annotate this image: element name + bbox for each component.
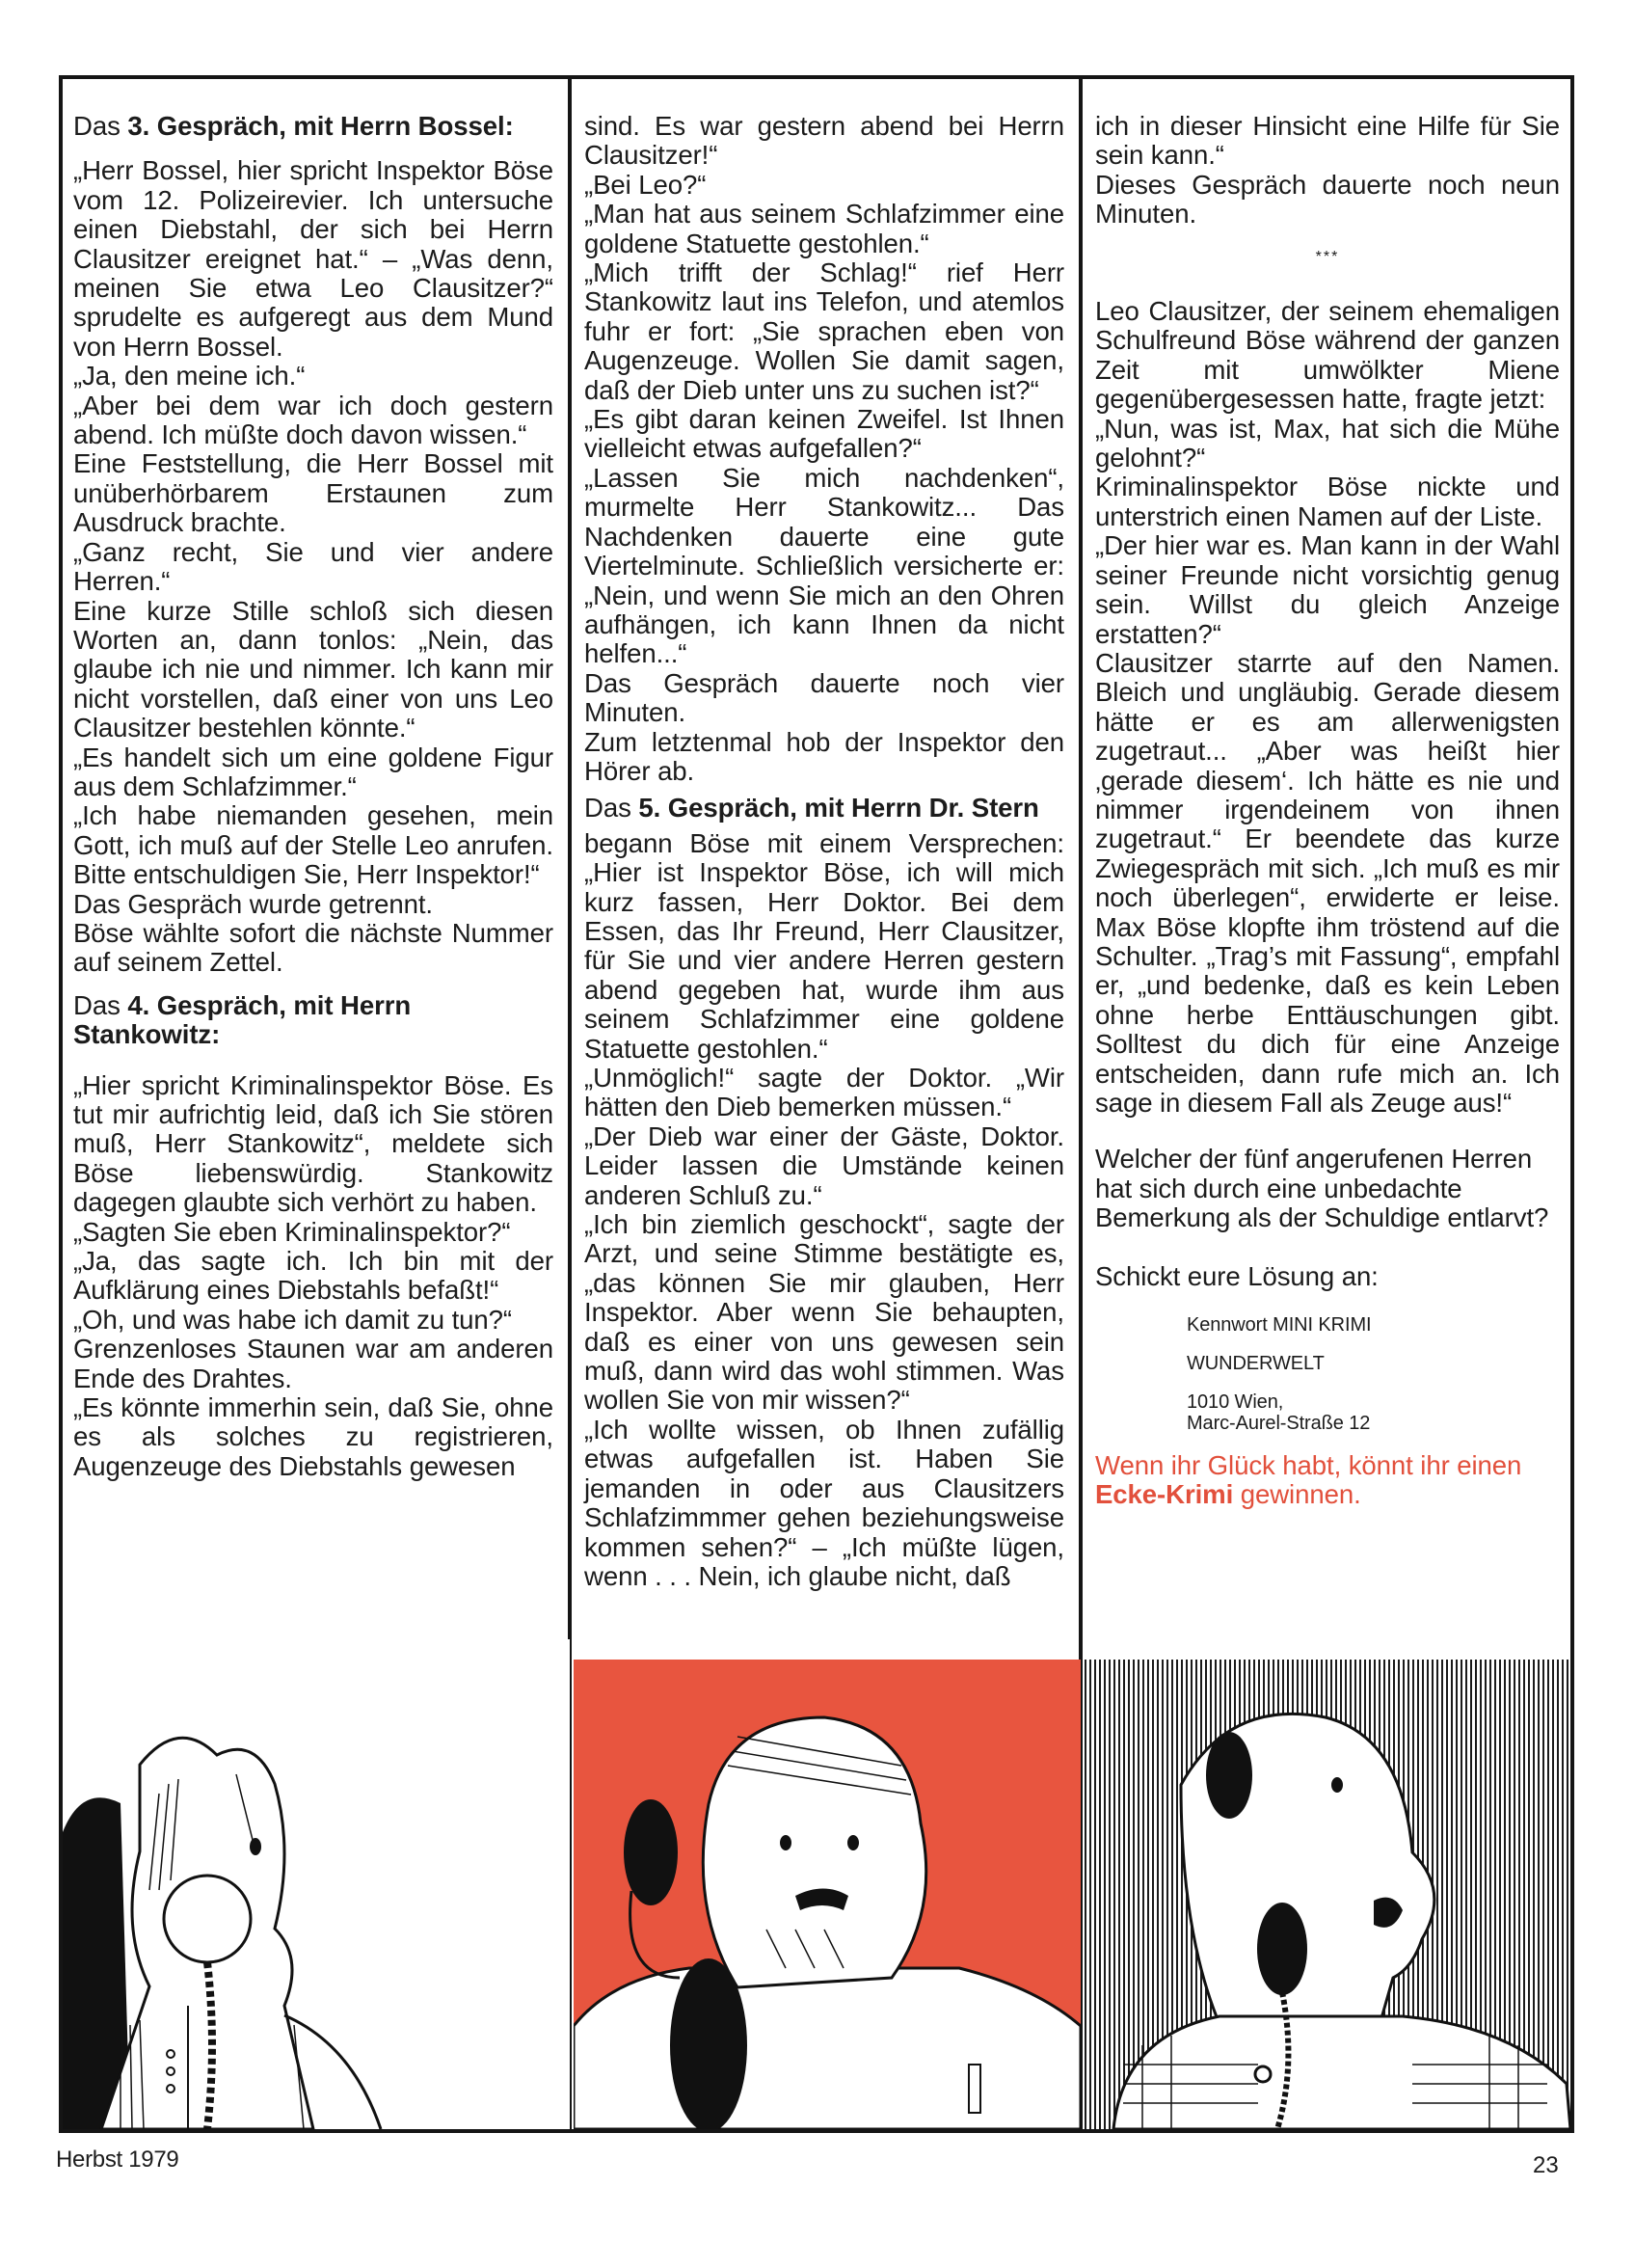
section-5-continued: ich in dieser Hinsicht eine Hilfe für Si… xyxy=(1095,112,1560,229)
paragraph: „Sagten Sie eben Kriminalinspektor?“ xyxy=(73,1218,553,1247)
paragraph: „Ich bin ziemlich geschockt“, sagte der … xyxy=(584,1210,1064,1416)
paragraph: „Der Dieb war einer der Gäste, Doktor. L… xyxy=(584,1122,1064,1210)
illustration-bossel xyxy=(63,1639,570,2129)
paragraph: „Oh, und was habe ich damit zu tun?“ xyxy=(73,1306,553,1335)
paragraph: „Bei Leo?“ xyxy=(584,171,1064,200)
paragraph: Das Gespräch wurde getrennt. xyxy=(73,890,553,919)
paragraph: „Ja, das sagte ich. Ich bin mit der Aufk… xyxy=(73,1247,553,1306)
section-5-body: begann Böse mit einem Versprechen: „Hier… xyxy=(584,829,1064,1592)
section-heading-3: Das 3. Gespräch, mit Herrn Bossel: xyxy=(73,112,553,141)
paragraph: „Aber bei dem war ich doch gestern abend… xyxy=(73,391,553,450)
paragraph: „Ja, den meine ich.“ xyxy=(73,362,553,391)
column-2: sind. Es war gestern abend bei Herrn Cla… xyxy=(584,112,1064,1591)
paragraph: „Man hat aus seinem Schlafzimmer eine go… xyxy=(584,200,1064,258)
paragraph: Das Gespräch dauerte noch vier Minuten. xyxy=(584,669,1064,728)
man-with-telephone-icon xyxy=(63,1639,570,2129)
address-keyword: Kennwort MINI KRIMI xyxy=(1187,1314,1560,1336)
paragraph: Grenzenloses Staunen war am anderen Ende… xyxy=(73,1335,553,1393)
puzzle-question: Welcher der fünf angerufenen Herren hat … xyxy=(1095,1145,1560,1232)
paragraph: „Der hier war es. Man kann in der Wahl s… xyxy=(1095,531,1560,649)
page-number: 23 xyxy=(1533,2152,1559,2179)
paragraph: Dieses Gespräch dauerte noch neun Minute… xyxy=(1095,171,1560,229)
paragraph: sind. Es war gestern abend bei Herrn Cla… xyxy=(584,112,1064,171)
paragraph: ich in dieser Hinsicht eine Hilfe für Si… xyxy=(1095,112,1560,171)
section-4-body: „Hier spricht Kriminalinspektor Böse. Es… xyxy=(73,1071,553,1482)
send-to-label: Schickt eure Lösung an: xyxy=(1095,1262,1560,1291)
address-magazine: WUNDERWELT xyxy=(1187,1353,1560,1374)
paragraph: begann Böse mit einem Versprechen: „Hier… xyxy=(584,829,1064,1064)
address-street: Marc-Aurel-Straße 12 xyxy=(1187,1413,1560,1434)
paragraph: Böse wählte sofort die nächste Nummer au… xyxy=(73,919,553,978)
man-with-telephone-icon xyxy=(1085,1660,1570,2129)
paragraph: „Ganz recht, Sie und vier andere Herren.… xyxy=(73,538,553,597)
column-3: ich in dieser Hinsicht eine Hilfe für Si… xyxy=(1095,112,1560,1510)
paragraph: „Unmöglich!“ sagte der Doktor. „Wir hätt… xyxy=(584,1064,1064,1122)
prize-note: Wenn ihr Glück habt, könnt ihr einen Eck… xyxy=(1095,1451,1560,1510)
paragraph: „Ich wollte wissen, ob Ihnen zufällig et… xyxy=(584,1416,1064,1591)
address-city: 1010 Wien, xyxy=(1187,1391,1560,1413)
illustration-stankowitz xyxy=(574,1660,1081,2129)
paragraph: „Es gibt daran keinen Zweifel. Ist Ihnen… xyxy=(584,405,1064,464)
paragraph: Eine kurze Stille schloß sich diesen Wor… xyxy=(73,597,553,743)
section-4-continued: sind. Es war gestern abend bei Herrn Cla… xyxy=(584,112,1064,786)
issue-label: Herbst 1979 xyxy=(56,2146,178,2173)
paragraph: Eine Feststellung, die Herr Bossel mit u… xyxy=(73,449,553,537)
paragraph: Leo Clausitzer, der seinem ehemaligen Sc… xyxy=(1095,297,1560,415)
paragraph: „Hier spricht Kriminalinspektor Böse. Es… xyxy=(73,1071,553,1218)
resolution-body: Leo Clausitzer, der seinem ehemaligen Sc… xyxy=(1095,297,1560,1118)
section-heading-5: Das 5. Gespräch, mit Herrn Dr. Stern xyxy=(584,794,1064,823)
paragraph: „Lassen Sie mich nachdenken“, murmelte H… xyxy=(584,464,1064,669)
paragraph: Kriminalinspektor Böse nickte und unters… xyxy=(1095,472,1560,531)
section-3-body: „Herr Bossel, hier spricht Inspektor Bös… xyxy=(73,156,553,977)
man-with-telephone-icon xyxy=(574,1660,1081,2129)
section-heading-4: Das 4. Gespräch, mit Herrn Stankowitz: xyxy=(73,991,553,1050)
paragraph: Zum letztenmal hob der Inspektor den Hör… xyxy=(584,728,1064,787)
paragraph: „Es könnte immerhin sein, daß Sie, ohne … xyxy=(73,1393,553,1481)
paragraph: „Nun, was ist, Max, hat sich die Mühe ge… xyxy=(1095,415,1560,473)
illustration-dr-stern xyxy=(1085,1660,1570,2129)
paragraph: „Ich habe niemanden gesehen, mein Gott, … xyxy=(73,801,553,889)
paragraph: „Herr Bossel, hier spricht Inspektor Bös… xyxy=(73,156,553,362)
section-separator: *** xyxy=(1095,243,1560,272)
column-1: Das 3. Gespräch, mit Herrn Bossel: „Herr… xyxy=(73,112,553,1481)
paragraph: „Es handelt sich um eine goldene Figur a… xyxy=(73,743,553,802)
paragraph: Clausitzer starrte auf den Namen. Bleich… xyxy=(1095,649,1560,1119)
paragraph: „Mich trifft der Schlag!“ rief Herr Stan… xyxy=(584,258,1064,405)
mailing-address: Kennwort MINI KRIMI WUNDERWELT 1010 Wien… xyxy=(1187,1314,1560,1434)
